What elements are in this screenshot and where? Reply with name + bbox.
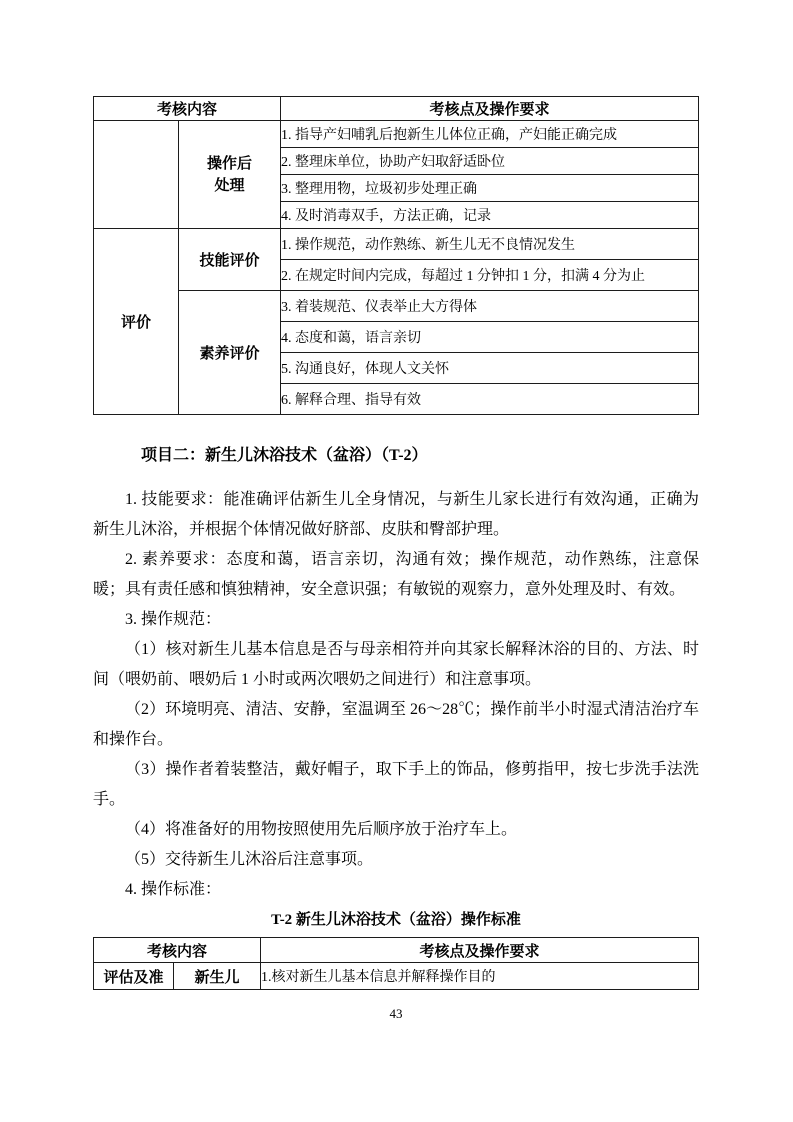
category-cell-assessment-preparation: 评估及准 [94,963,174,990]
header-cell-content: 考核内容 [94,97,281,121]
paragraph-skill-requirements: 1. 技能要求：能准确评估新生儿全身情况，与新生儿家长进行有效沟通，正确为新生儿… [93,485,699,545]
requirement-cell: 4. 态度和蔼，语言亲切 [281,322,699,353]
requirement-cell: 2. 在规定时间内完成，每超过 1 分钟扣 1 分，扣满 4 分为止 [281,260,699,291]
paragraph-spec-item-5: （5）交待新生儿沐浴后注意事项。 [93,845,699,875]
requirement-cell: 4. 及时消毒双手，方法正确，记录 [281,202,699,229]
category-cell-evaluation: 评价 [94,229,179,415]
paragraph-quality-requirements: 2. 素养要求：态度和蔼，语言亲切，沟通有效；操作规范，动作熟练，注意保暖；具有… [93,545,699,605]
table-caption-t2-standard: T-2 新生儿沐浴技术（盆浴）操作标准 [93,909,699,931]
subcategory-cell-quality-evaluation: 素养评价 [179,291,281,415]
document-page: 考核内容 考核点及操作要求 操作后 处理 1. 指导产妇哺乳后抱新生儿体位正确，… [0,0,793,1022]
header-cell-requirements: 考核点及操作要求 [261,938,699,963]
paragraph-spec-item-2: （2）环境明亮、清洁、安静，室温调至 26～28℃；操作前半小时湿式清洁治疗车和… [93,695,699,755]
header-cell-requirements: 考核点及操作要求 [281,97,699,121]
paragraph-spec-item-4: （4）将准备好的用物按照使用先后顺序放于治疗车上。 [93,815,699,845]
operation-standard-table: 考核内容 考核点及操作要求 评估及准 新生儿 1.核对新生儿基本信息并解释操作目… [93,937,699,990]
section-heading-project-2: 项目二：新生儿沐浴技术（盆浴）（T-2） [93,441,699,471]
table-header-row: 考核内容 考核点及操作要求 [94,97,699,121]
paragraph-operation-specs-title: 3. 操作规范： [93,605,699,635]
header-cell-content: 考核内容 [94,938,261,963]
requirement-cell: 1. 指导产妇哺乳后抱新生儿体位正确，产妇能正确完成 [281,121,699,148]
requirement-cell: 2. 整理床单位，协助产妇取舒适卧位 [281,148,699,175]
table-row: 评估及准 新生儿 1.核对新生儿基本信息并解释操作目的 [94,963,699,990]
table-row: 评价 技能评价 1. 操作规范，动作熟练、新生儿无不良情况发生 [94,229,699,260]
table-row: 素养评价 3. 着装规范、仪表举止大方得体 [94,291,699,322]
requirement-cell: 6. 解释合理、指导有效 [281,384,699,415]
requirement-cell: 5. 沟通良好，体现人文关怀 [281,353,699,384]
subcategory-cell-newborn: 新生儿 [174,963,261,990]
requirement-cell: 3. 着装规范、仪表举止大方得体 [281,291,699,322]
table-header-row: 考核内容 考核点及操作要求 [94,938,699,963]
page-number: 43 [93,1006,699,1022]
subcategory-cell-post-operation: 操作后 处理 [179,121,281,229]
requirement-cell: 3. 整理用物，垃圾初步处理正确 [281,175,699,202]
paragraph-operation-standard-title: 4. 操作标准： [93,875,699,905]
requirement-cell: 1.核对新生儿基本信息并解释操作目的 [261,963,699,990]
assessment-table-continued: 考核内容 考核点及操作要求 操作后 处理 1. 指导产妇哺乳后抱新生儿体位正确，… [93,96,699,415]
paragraph-spec-item-1: （1）核对新生儿基本信息是否与母亲相符并向其家长解释沐浴的目的、方法、时间（喂奶… [93,635,699,695]
table-row: 操作后 处理 1. 指导产妇哺乳后抱新生儿体位正确，产妇能正确完成 [94,121,699,148]
requirement-cell: 1. 操作规范，动作熟练、新生儿无不良情况发生 [281,229,699,260]
paragraph-spec-item-3: （3）操作者着装整洁，戴好帽子，取下手上的饰品，修剪指甲，按七步洗手法洗手。 [93,755,699,815]
subcategory-cell-skill-evaluation: 技能评价 [179,229,281,291]
category-cell-empty [94,121,179,229]
